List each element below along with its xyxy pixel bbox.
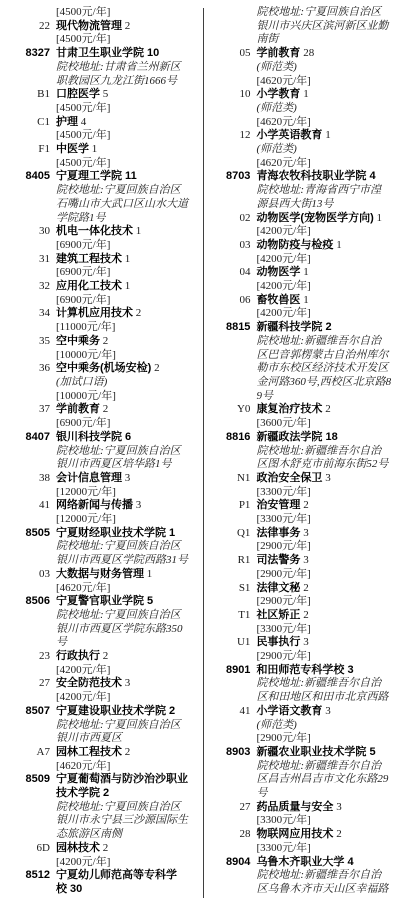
fee-line: [4620元/年] bbox=[0, 760, 188, 774]
fee-text: [10000元/年] bbox=[56, 390, 188, 404]
fee-line: [4500元/年] bbox=[0, 129, 188, 143]
college-row: 8903新疆农业职业技术学院 5 bbox=[208, 746, 392, 760]
major-row: 12小学英语教育 1 bbox=[208, 129, 392, 143]
fee-line: [2900元/年] bbox=[208, 540, 392, 554]
major-body: 民事执行 3 bbox=[256, 636, 392, 650]
fee-line: [12000元/年] bbox=[0, 486, 188, 500]
fee-text: [4200元/年] bbox=[256, 307, 392, 321]
major-name: 口腔医学 bbox=[56, 88, 100, 100]
plan-count: 2 bbox=[300, 499, 308, 511]
college-row: 8405宁夏理工学院 11 bbox=[0, 170, 188, 184]
plan-count: 3 bbox=[122, 677, 130, 689]
address-text: 院校地址:宁夏回族自治区银川市永宁县三沙源国际生态旅游区南侧 bbox=[56, 801, 188, 842]
major-name: 安全防范技术 bbox=[56, 677, 122, 689]
major-row: Q1法律事务 3 bbox=[208, 527, 392, 541]
major-code: 02 bbox=[208, 212, 250, 226]
major-body: 学前教育 28 bbox=[256, 47, 392, 61]
major-name: 物联网应用技术 bbox=[256, 828, 333, 840]
major-body: 动物医学(宠物医学方向) 1 bbox=[256, 212, 392, 226]
college-row: 8512宁夏幼儿师范高等专科学校 30 bbox=[0, 869, 188, 896]
college-code: 8816 bbox=[208, 431, 250, 445]
fee-text: [3300元/年] bbox=[256, 842, 392, 856]
major-row: 41网络新闻与传播 3 bbox=[0, 499, 188, 513]
major-code: Q1 bbox=[208, 527, 250, 541]
major-body: 动物医学 1 bbox=[256, 266, 392, 280]
fee-text: [6900元/年] bbox=[56, 239, 188, 253]
college-code: 8904 bbox=[208, 856, 250, 870]
major-row: 06畜牧兽医 1 bbox=[208, 294, 392, 308]
plan-count: 1 bbox=[144, 568, 152, 580]
address-text: 院校地址:新疆维吾尔自治区图木舒克市前海东街52号 bbox=[256, 445, 392, 472]
major-row: 6D园林技术 2 bbox=[0, 842, 188, 856]
major-row: A7园林工程技术 2 bbox=[0, 746, 188, 760]
major-body: 物联网应用技术 2 bbox=[256, 828, 392, 842]
fee-text: [4500元/年] bbox=[56, 129, 188, 143]
college-code: 8505 bbox=[0, 527, 50, 541]
plan-count: 3 bbox=[300, 554, 308, 566]
major-code: S1 bbox=[208, 582, 250, 596]
major-body: 司法警务 3 bbox=[256, 554, 392, 568]
fee-text: [6900元/年] bbox=[56, 417, 188, 431]
college-body: 新疆政法学院 18 bbox=[256, 431, 392, 445]
college-row: 8407银川科技学院 6 bbox=[0, 431, 188, 445]
college-body: 和田师范专科学校 3 bbox=[256, 664, 392, 678]
major-code: 41 bbox=[208, 705, 250, 719]
fee-line: [10000元/年] bbox=[0, 390, 188, 404]
college-code: 8507 bbox=[0, 705, 50, 719]
fee-line: [4200元/年] bbox=[208, 307, 392, 321]
major-row: 04动物医学 1 bbox=[208, 266, 392, 280]
plan-count: 2 bbox=[166, 705, 175, 717]
column-left: [4500元/年]22现代物流管理 2[4500元/年]8327甘肃卫生职业学院… bbox=[0, 6, 198, 898]
fee-line: [4200元/年] bbox=[208, 225, 392, 239]
college-row: 8507宁夏建设职业技术学院 2 bbox=[0, 705, 188, 719]
note-text: (师范类) bbox=[256, 61, 392, 75]
major-body: 空中乘务(机场安检) 2 bbox=[56, 362, 188, 376]
college-code: 8405 bbox=[0, 170, 50, 184]
major-code: 35 bbox=[0, 335, 50, 349]
plan-count: 2 bbox=[100, 842, 108, 854]
major-name: 政治安全保卫 bbox=[256, 472, 322, 484]
note-line: (师范类) bbox=[208, 143, 392, 157]
fee-text: [4200元/年] bbox=[256, 280, 392, 294]
fee-line: [3300元/年] bbox=[208, 513, 392, 527]
major-name: 法律文秘 bbox=[256, 582, 300, 594]
college-name: 宁夏财经职业技术学院 bbox=[56, 527, 166, 539]
major-row: 10小学教育 1 bbox=[208, 88, 392, 102]
major-row: 03动物防疫与检疫 1 bbox=[208, 239, 392, 253]
major-code: 30 bbox=[0, 225, 50, 239]
fee-line: [3600元/年] bbox=[208, 417, 392, 431]
plan-count: 3 bbox=[322, 705, 330, 717]
plan-count: 2 bbox=[100, 403, 108, 415]
major-body: 园林技术 2 bbox=[56, 842, 188, 856]
fee-line: [10000元/年] bbox=[0, 349, 188, 363]
major-code: P1 bbox=[208, 499, 250, 513]
plan-count: 1 bbox=[166, 527, 175, 539]
major-body: 中医学 1 bbox=[56, 143, 188, 157]
major-name: 空中乘务 bbox=[56, 335, 100, 347]
fee-text: [6900元/年] bbox=[56, 266, 188, 280]
fee-line: [4500元/年] bbox=[0, 33, 188, 47]
major-row: N1政治安全保卫 3 bbox=[208, 472, 392, 486]
plan-count: 4 bbox=[344, 856, 353, 868]
college-row: 8327甘肃卫生职业学院 10 bbox=[0, 47, 188, 61]
fee-text: [3300元/年] bbox=[256, 486, 392, 500]
major-code: T1 bbox=[208, 609, 250, 623]
college-code: 8903 bbox=[208, 746, 250, 760]
plan-count: 1 bbox=[133, 225, 141, 237]
plan-count: 1 bbox=[300, 88, 308, 100]
major-code: 06 bbox=[208, 294, 250, 308]
major-body: 机电一体化技术 1 bbox=[56, 225, 188, 239]
major-row: C1护理 4 bbox=[0, 116, 188, 130]
major-code: 41 bbox=[0, 499, 50, 513]
major-body: 畜牧兽医 1 bbox=[256, 294, 392, 308]
major-body: 计算机应用技术 2 bbox=[56, 307, 188, 321]
major-body: 空中乘务 2 bbox=[56, 335, 188, 349]
major-body: 政治安全保卫 3 bbox=[256, 472, 392, 486]
fee-line: [4200元/年] bbox=[208, 253, 392, 267]
fee-text: [4620元/年] bbox=[56, 760, 188, 774]
college-row: 8816新疆政法学院 18 bbox=[208, 431, 392, 445]
college-row: 8505宁夏财经职业技术学院 1 bbox=[0, 527, 188, 541]
column-divider bbox=[203, 8, 204, 898]
fee-line: [6900元/年] bbox=[0, 239, 188, 253]
college-body: 宁夏警官职业学院 5 bbox=[56, 595, 188, 609]
plan-count: 3 bbox=[333, 801, 341, 813]
major-code: 37 bbox=[0, 403, 50, 417]
major-name: 动物医学 bbox=[256, 266, 300, 278]
major-row: P1治安管理 2 bbox=[208, 499, 392, 513]
major-code: 34 bbox=[0, 307, 50, 321]
college-code: 8703 bbox=[208, 170, 250, 184]
plan-count: 2 bbox=[300, 582, 308, 594]
major-code: F1 bbox=[0, 143, 50, 157]
major-code: 28 bbox=[208, 828, 250, 842]
college-body: 新疆科技学院 2 bbox=[256, 321, 392, 335]
fee-text: [4200元/年] bbox=[56, 664, 188, 678]
college-code: 8509 bbox=[0, 773, 50, 787]
college-name: 新疆政法学院 bbox=[256, 431, 322, 443]
fee-line: [4620元/年] bbox=[208, 116, 392, 130]
plan-count: 1 bbox=[300, 294, 308, 306]
plan-count: 2 bbox=[333, 828, 341, 840]
major-row: S1法律文秘 2 bbox=[208, 582, 392, 596]
major-name: 治安管理 bbox=[256, 499, 300, 511]
fee-line: [4500元/年] bbox=[0, 102, 188, 116]
college-code: 8512 bbox=[0, 869, 50, 883]
major-name: 药品质量与安全 bbox=[256, 801, 333, 813]
major-row: 34计算机应用技术 2 bbox=[0, 307, 188, 321]
major-row: 38会计信息管理 3 bbox=[0, 472, 188, 486]
address-text: 院校地址:青海省西宁市湟源县西大街13号 bbox=[256, 184, 392, 211]
address-text: 院校地址:宁夏回族自治区银川市西夏区学院西路31号 bbox=[56, 540, 188, 567]
plan-count: 11 bbox=[122, 170, 137, 182]
fee-text: [12000元/年] bbox=[56, 513, 188, 527]
fee-line: [12000元/年] bbox=[0, 513, 188, 527]
major-body: 学前教育 2 bbox=[56, 403, 188, 417]
fee-line: [3300元/年] bbox=[208, 623, 392, 637]
note-text: (师范类) bbox=[256, 102, 392, 116]
address-line: 院校地址:新疆维吾尔自治区乌鲁木齐市天山区幸福路 bbox=[208, 869, 392, 896]
address-text: 院校地址:新疆维吾尔自治区昌吉州昌吉市文化东路29号 bbox=[256, 760, 392, 801]
address-line: 院校地址:宁夏回族自治区银川市西夏区学院西路31号 bbox=[0, 540, 188, 567]
college-name: 宁夏理工学院 bbox=[56, 170, 122, 182]
major-name: 动物医学(宠物医学方向) bbox=[256, 212, 373, 224]
major-body: 小学语文教育 3 bbox=[256, 705, 392, 719]
major-row: 02动物医学(宠物医学方向) 1 bbox=[208, 212, 392, 226]
fee-text: [4200元/年] bbox=[256, 225, 392, 239]
college-name: 青海农牧科技职业学院 bbox=[256, 170, 366, 182]
plan-count: 1 bbox=[322, 129, 330, 141]
major-name: 动物防疫与检疫 bbox=[256, 239, 333, 251]
fee-text: [2900元/年] bbox=[256, 540, 392, 554]
major-code: B1 bbox=[0, 88, 50, 102]
major-row: 22现代物流管理 2 bbox=[0, 20, 188, 34]
major-body: 动物防疫与检疫 1 bbox=[256, 239, 392, 253]
fee-text: [4200元/年] bbox=[256, 253, 392, 267]
plan-count: 1 bbox=[333, 239, 341, 251]
major-row: T1社区矫正 2 bbox=[208, 609, 392, 623]
plan-count: 2 bbox=[122, 20, 130, 32]
major-code: 27 bbox=[0, 677, 50, 691]
fee-text: [10000元/年] bbox=[56, 349, 188, 363]
major-name: 空中乘务(机场安检) bbox=[56, 362, 151, 374]
plan-count: 4 bbox=[78, 116, 86, 128]
major-code: R1 bbox=[208, 554, 250, 568]
college-name: 和田师范专科学校 bbox=[256, 664, 344, 676]
fee-line: [4200元/年] bbox=[208, 280, 392, 294]
major-code: 03 bbox=[0, 568, 50, 582]
major-body: 护理 4 bbox=[56, 116, 188, 130]
fee-text: [12000元/年] bbox=[56, 486, 188, 500]
note-text: (加试口语) bbox=[56, 376, 188, 390]
major-row: 03大数据与财务管理 1 bbox=[0, 568, 188, 582]
address-line: 院校地址:宁夏回族自治区银川市兴庆区滨河新区业勤南街 bbox=[208, 6, 392, 47]
plan-count: 3 bbox=[300, 527, 308, 539]
fee-line: [3300元/年] bbox=[208, 486, 392, 500]
fee-text: [3600元/年] bbox=[256, 417, 392, 431]
major-row: F1中医学 1 bbox=[0, 143, 188, 157]
college-row: 8509宁夏葡萄酒与防沙治沙职业技术学院 2 bbox=[0, 773, 188, 800]
plan-count: 2 bbox=[322, 403, 330, 415]
plan-count: 1 bbox=[300, 266, 308, 278]
fee-line: [2900元/年] bbox=[208, 732, 392, 746]
major-name: 康复治疗技术 bbox=[256, 403, 322, 415]
plan-count: 6 bbox=[122, 431, 131, 443]
college-body: 宁夏葡萄酒与防沙治沙职业技术学院 2 bbox=[56, 773, 188, 800]
major-code: 23 bbox=[0, 650, 50, 664]
major-body: 现代物流管理 2 bbox=[56, 20, 188, 34]
major-code: 38 bbox=[0, 472, 50, 486]
major-body: 安全防范技术 3 bbox=[56, 677, 188, 691]
major-name: 园林工程技术 bbox=[56, 746, 122, 758]
fee-text: [4200元/年] bbox=[56, 691, 188, 705]
plan-count: 18 bbox=[322, 431, 337, 443]
major-body: 建筑工程技术 1 bbox=[56, 253, 188, 267]
major-row: 37学前教育 2 bbox=[0, 403, 188, 417]
major-name: 会计信息管理 bbox=[56, 472, 122, 484]
plan-count: 1 bbox=[374, 212, 382, 224]
fee-text: [2900元/年] bbox=[256, 650, 392, 664]
major-code: U1 bbox=[208, 636, 250, 650]
major-row: 36空中乘务(机场安检) 2 bbox=[0, 362, 188, 376]
major-name: 现代物流管理 bbox=[56, 20, 122, 32]
plan-count: 1 bbox=[89, 143, 97, 155]
address-line: 院校地址:新疆维吾尔自治区和田地区和田市北京西路 bbox=[208, 677, 392, 704]
major-body: 行政执行 2 bbox=[56, 650, 188, 664]
college-name: 新疆科技学院 bbox=[256, 321, 322, 333]
major-code: 10 bbox=[208, 88, 250, 102]
fee-line: [3300元/年] bbox=[208, 814, 392, 828]
major-body: 网络新闻与传播 3 bbox=[56, 499, 188, 513]
fee-text: [4500元/年] bbox=[56, 6, 188, 20]
fee-text: [3300元/年] bbox=[256, 513, 392, 527]
fee-text: [2900元/年] bbox=[256, 568, 392, 582]
college-body: 甘肃卫生职业学院 10 bbox=[56, 47, 188, 61]
major-body: 口腔医学 5 bbox=[56, 88, 188, 102]
major-row: 31建筑工程技术 1 bbox=[0, 253, 188, 267]
major-body: 法律事务 3 bbox=[256, 527, 392, 541]
major-name: 护理 bbox=[56, 116, 78, 128]
college-code: 8901 bbox=[208, 664, 250, 678]
major-code: 03 bbox=[208, 239, 250, 253]
plan-count: 2 bbox=[100, 787, 109, 799]
fee-line: [2900元/年] bbox=[208, 568, 392, 582]
fee-line: [4200元/年] bbox=[0, 856, 188, 870]
note-line: (师范类) bbox=[208, 719, 392, 733]
fee-text: [4620元/年] bbox=[56, 582, 188, 596]
major-row: 32应用化工技术 1 bbox=[0, 280, 188, 294]
fee-text: [4200元/年] bbox=[56, 856, 188, 870]
major-row: 27药品质量与安全 3 bbox=[208, 801, 392, 815]
address-text: 院校地址:宁夏回族自治区银川市西夏区学院东路350号 bbox=[56, 609, 188, 650]
major-name: 网络新闻与传播 bbox=[56, 499, 133, 511]
address-text: 院校地址:宁夏回族自治区银川市西夏区 bbox=[56, 719, 188, 746]
major-code: Y0 bbox=[208, 403, 250, 417]
major-name: 应用化工技术 bbox=[56, 280, 122, 292]
fee-line: [4620元/年] bbox=[0, 582, 188, 596]
major-body: 小学英语教育 1 bbox=[256, 129, 392, 143]
plan-count: 1 bbox=[122, 280, 130, 292]
major-row: 35空中乘务 2 bbox=[0, 335, 188, 349]
college-name: 宁夏葡萄酒与防沙治沙职业技术学院 bbox=[56, 773, 188, 799]
college-body: 新疆农业职业技术学院 5 bbox=[256, 746, 392, 760]
plan-count: 5 bbox=[144, 595, 153, 607]
fee-line: [4200元/年] bbox=[0, 664, 188, 678]
major-row: 28物联网应用技术 2 bbox=[208, 828, 392, 842]
note-line: (加试口语) bbox=[0, 376, 188, 390]
plan-count: 30 bbox=[67, 883, 82, 895]
college-row: 8901和田师范专科学校 3 bbox=[208, 664, 392, 678]
major-name: 行政执行 bbox=[56, 650, 100, 662]
address-line: 院校地址:宁夏回族自治区银川市西夏区 bbox=[0, 719, 188, 746]
fee-line: [6900元/年] bbox=[0, 266, 188, 280]
college-row: 8506宁夏警官职业学院 5 bbox=[0, 595, 188, 609]
major-code: 32 bbox=[0, 280, 50, 294]
major-body: 药品质量与安全 3 bbox=[256, 801, 392, 815]
plan-count: 3 bbox=[122, 472, 130, 484]
major-body: 治安管理 2 bbox=[256, 499, 392, 513]
fee-line: [2900元/年] bbox=[208, 650, 392, 664]
major-name: 民事执行 bbox=[256, 636, 300, 648]
major-row: 05学前教育 28 bbox=[208, 47, 392, 61]
fee-text: [6900元/年] bbox=[56, 294, 188, 308]
fee-line: [4500元/年] bbox=[0, 6, 188, 20]
major-name: 大数据与财务管理 bbox=[56, 568, 144, 580]
address-line: 院校地址:新疆维吾尔自治区巴音郭楞蒙古自治州库尔勒市东校区经济技术开发区金河路3… bbox=[208, 335, 392, 404]
major-name: 建筑工程技术 bbox=[56, 253, 122, 265]
major-name: 小学英语教育 bbox=[256, 129, 322, 141]
major-row: 41小学语文教育 3 bbox=[208, 705, 392, 719]
college-body: 宁夏理工学院 11 bbox=[56, 170, 188, 184]
plan-count: 2 bbox=[100, 335, 108, 347]
major-row: B1口腔医学 5 bbox=[0, 88, 188, 102]
fee-text: [3300元/年] bbox=[256, 623, 392, 637]
major-row: 30机电一体化技术 1 bbox=[0, 225, 188, 239]
plan-count: 1 bbox=[122, 253, 130, 265]
college-name: 新疆农业职业技术学院 bbox=[256, 746, 366, 758]
address-text: 院校地址:甘肃省兰州新区职教园区九龙江街1666号 bbox=[56, 61, 188, 88]
plan-count: 5 bbox=[366, 746, 375, 758]
major-name: 司法警务 bbox=[256, 554, 300, 566]
major-body: 园林工程技术 2 bbox=[56, 746, 188, 760]
major-name: 学前教育 bbox=[256, 47, 300, 59]
address-text: 院校地址:宁夏回族自治区石嘴山市大武口区山水大道学院路1号 bbox=[56, 184, 188, 225]
major-code: N1 bbox=[208, 472, 250, 486]
fee-line: [4500元/年] bbox=[0, 157, 188, 171]
college-body: 宁夏建设职业技术学院 2 bbox=[56, 705, 188, 719]
plan-count: 2 bbox=[322, 321, 331, 333]
fee-text: [4620元/年] bbox=[256, 75, 392, 89]
fee-text: [11000元/年] bbox=[56, 321, 188, 335]
fee-text: [4500元/年] bbox=[56, 33, 188, 47]
address-line: 院校地址:青海省西宁市湟源县西大街13号 bbox=[208, 184, 392, 211]
note-text: (师范类) bbox=[256, 143, 392, 157]
major-code: 22 bbox=[0, 20, 50, 34]
note-line: (师范类) bbox=[208, 102, 392, 116]
address-line: 院校地址:宁夏回族自治区银川市西夏区培华路1号 bbox=[0, 445, 188, 472]
major-body: 大数据与财务管理 1 bbox=[56, 568, 188, 582]
major-name: 法律事务 bbox=[256, 527, 300, 539]
plan-count: 3 bbox=[322, 472, 330, 484]
fee-text: [4620元/年] bbox=[256, 157, 392, 171]
major-code: C1 bbox=[0, 116, 50, 130]
major-name: 小学语文教育 bbox=[256, 705, 322, 717]
address-line: 院校地址:宁夏回族自治区银川市西夏区学院东路350号 bbox=[0, 609, 188, 650]
plan-count: 2 bbox=[300, 609, 308, 621]
major-body: 小学教育 1 bbox=[256, 88, 392, 102]
address-text: 院校地址:新疆维吾尔自治区巴音郭楞蒙古自治州库尔勒市东校区经济技术开发区金河路3… bbox=[256, 335, 392, 404]
college-code: 8506 bbox=[0, 595, 50, 609]
major-body: 社区矫正 2 bbox=[256, 609, 392, 623]
plan-count: 3 bbox=[133, 499, 141, 511]
fee-text: [4620元/年] bbox=[256, 116, 392, 130]
major-name: 社区矫正 bbox=[256, 609, 300, 621]
note-text: (师范类) bbox=[256, 719, 392, 733]
college-name: 甘肃卫生职业学院 bbox=[56, 47, 144, 59]
fee-text: [4500元/年] bbox=[56, 157, 188, 171]
fee-text: [3300元/年] bbox=[256, 814, 392, 828]
major-code: 6D bbox=[0, 842, 50, 856]
college-row: 8703青海农牧科技职业学院 4 bbox=[208, 170, 392, 184]
major-body: 应用化工技术 1 bbox=[56, 280, 188, 294]
major-code: 04 bbox=[208, 266, 250, 280]
fee-line: [2900元/年] bbox=[208, 595, 392, 609]
major-name: 机电一体化技术 bbox=[56, 225, 133, 237]
major-code: 27 bbox=[208, 801, 250, 815]
